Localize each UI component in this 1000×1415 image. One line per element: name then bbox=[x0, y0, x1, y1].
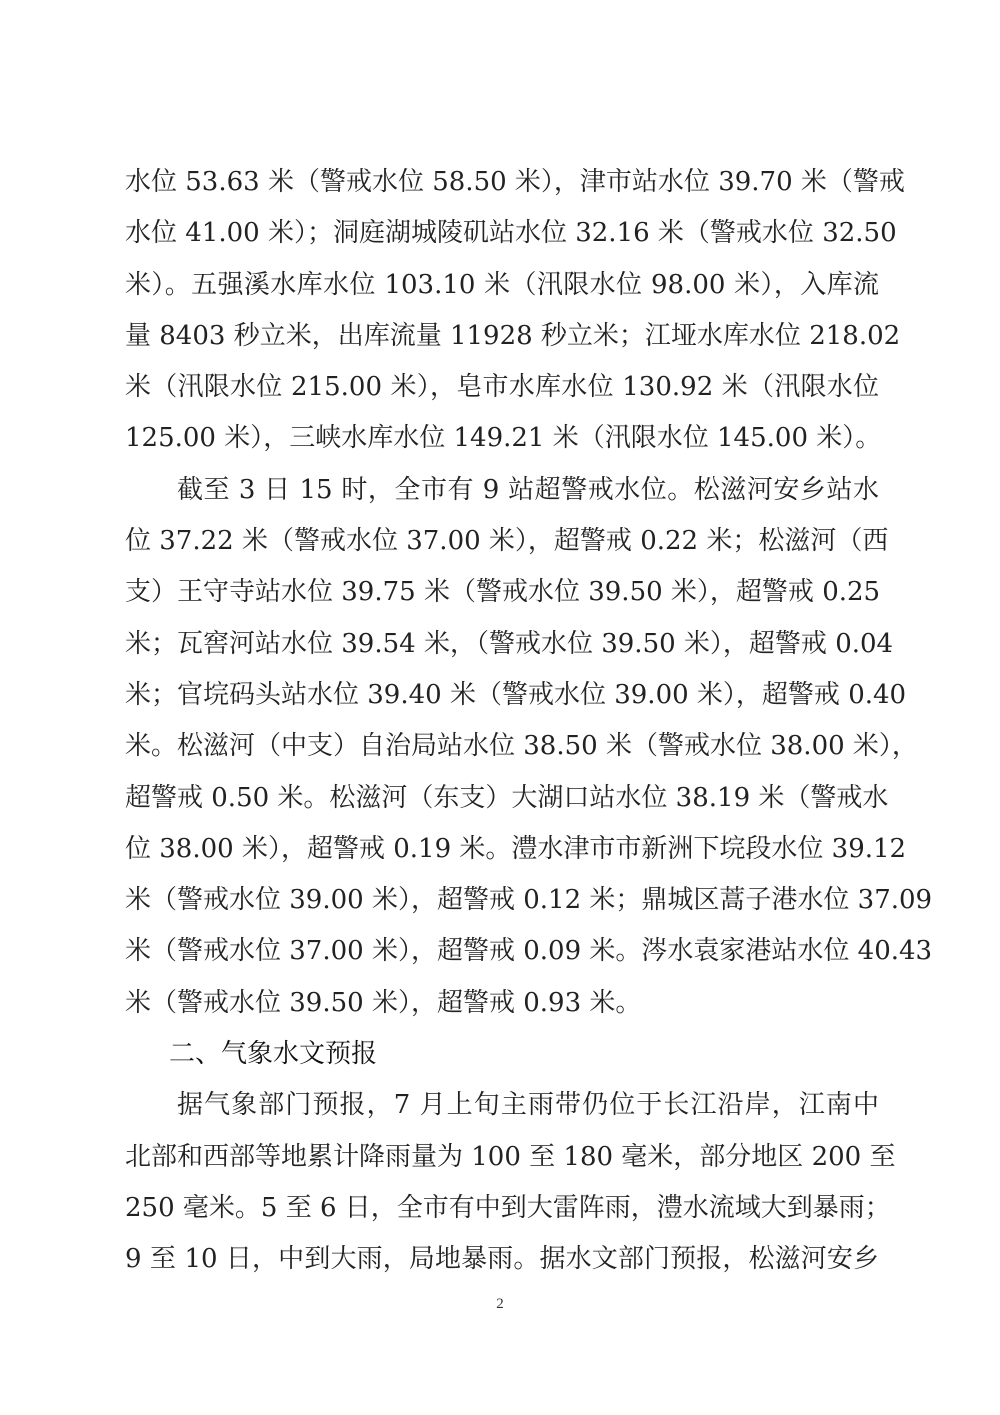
document-page: 水位 53.63 米（警戒水位 58.50 米），津市站水位 39.70 米（警… bbox=[0, 0, 1000, 1415]
text-line: 125.00 米），三峡水库水位 149.21 米（汛限水位 145.00 米）… bbox=[125, 413, 879, 464]
text-line: 米）。五强溪水库水位 103.10 米（汛限水位 98.00 米），入库流 bbox=[125, 260, 879, 311]
text-line: 支）王守寺站水位 39.75 米（警戒水位 39.50 米），超警戒 0.25 bbox=[125, 567, 879, 618]
text-line: 米；官垸码头站水位 39.40 米（警戒水位 39.00 米），超警戒 0.40 bbox=[125, 670, 879, 721]
text-line: 米。松滋河（中支）自治局站水位 38.50 米（警戒水位 38.00 米）， bbox=[125, 721, 879, 772]
text-line: 截至 3 日 15 时，全市有 9 站超警戒水位。松滋河安乡站水 bbox=[125, 465, 879, 516]
text-line: 250 毫米。5 至 6 日，全市有中到大雷阵雨，澧水流域大到暴雨； bbox=[125, 1183, 879, 1234]
text-line: 米（警戒水位 39.00 米），超警戒 0.12 米；鼎城区蒿子港水位 37.0… bbox=[125, 875, 879, 926]
text-line: 位 37.22 米（警戒水位 37.00 米），超警戒 0.22 米；松滋河（西 bbox=[125, 516, 879, 567]
paragraph-forecast: 据气象部门预报，7 月上旬主雨带仍位于长江沿岸，江南中 北部和西部等地累计降雨量… bbox=[125, 1080, 879, 1285]
text-line: 米；瓦窖河站水位 39.54 米，（警戒水位 39.50 米），超警戒 0.04 bbox=[125, 619, 879, 670]
text-line: 米（汛限水位 215.00 米），皂市水库水位 130.92 米（汛限水位 bbox=[125, 362, 879, 413]
text-line: 米（警戒水位 37.00 米），超警戒 0.09 米。涔水袁家港站水位 40.4… bbox=[125, 926, 879, 977]
text-line: 位 38.00 米），超警戒 0.19 米。澧水津市市新洲下垸段水位 39.12 bbox=[125, 824, 879, 875]
page-number: 2 bbox=[0, 1296, 1000, 1313]
paragraph-over-warning-stations: 截至 3 日 15 时，全市有 9 站超警戒水位。松滋河安乡站水 位 37.22… bbox=[125, 465, 879, 1029]
paragraph-water-levels-continued: 水位 53.63 米（警戒水位 58.50 米），津市站水位 39.70 米（警… bbox=[125, 157, 879, 465]
text-line: 水位 53.63 米（警戒水位 58.50 米），津市站水位 39.70 米（警… bbox=[125, 157, 879, 208]
text-line: 量 8403 秒立米，出库流量 11928 秒立米；江垭水库水位 218.02 bbox=[125, 311, 879, 362]
text-line: 米（警戒水位 39.50 米），超警戒 0.93 米。 bbox=[125, 978, 879, 1029]
section-heading-forecast: 二、气象水文预报 bbox=[125, 1029, 879, 1080]
text-line: 超警戒 0.50 米。松滋河（东支）大湖口站水位 38.19 米（警戒水 bbox=[125, 773, 879, 824]
text-line: 9 至 10 日，中到大雨，局地暴雨。据水文部门预报，松滋河安乡 bbox=[125, 1234, 879, 1285]
text-line: 北部和西部等地累计降雨量为 100 至 180 毫米，部分地区 200 至 bbox=[125, 1132, 879, 1183]
text-line: 水位 41.00 米）；洞庭湖城陵矶站水位 32.16 米（警戒水位 32.50 bbox=[125, 208, 879, 259]
text-line: 据气象部门预报，7 月上旬主雨带仍位于长江沿岸，江南中 bbox=[125, 1080, 879, 1131]
document-body: 水位 53.63 米（警戒水位 58.50 米），津市站水位 39.70 米（警… bbox=[125, 157, 879, 1286]
